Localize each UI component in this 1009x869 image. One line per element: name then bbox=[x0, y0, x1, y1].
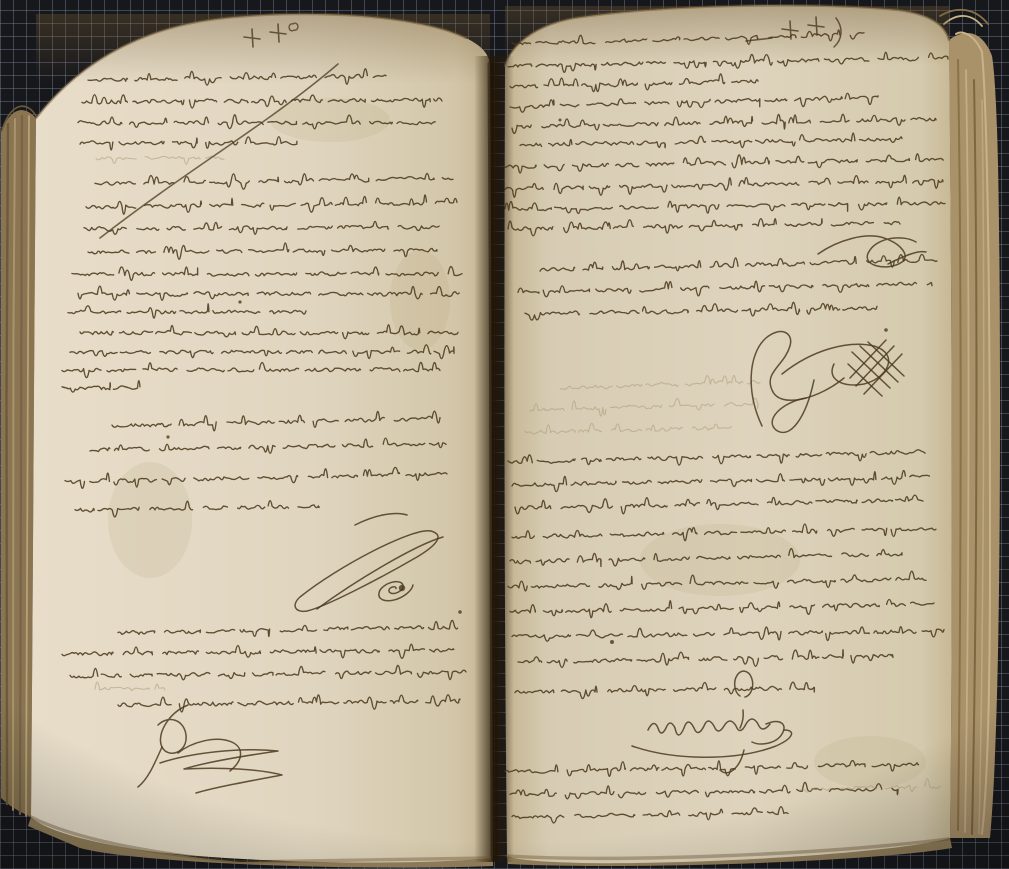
page-edge-stack-left bbox=[1, 106, 36, 817]
paper-stain bbox=[814, 736, 926, 788]
open-register-book bbox=[0, 0, 1009, 869]
ink-blot bbox=[399, 585, 405, 591]
paper-stain bbox=[390, 250, 450, 350]
ink-blot bbox=[166, 435, 169, 438]
ink-blot bbox=[238, 300, 241, 303]
ink-blot bbox=[559, 119, 562, 122]
ink-blot bbox=[458, 610, 462, 614]
ink-blot bbox=[610, 640, 614, 644]
manuscript-photo bbox=[0, 0, 1009, 869]
ink-blot bbox=[884, 328, 888, 332]
left-page bbox=[31, 14, 493, 863]
right-page bbox=[504, 5, 951, 863]
